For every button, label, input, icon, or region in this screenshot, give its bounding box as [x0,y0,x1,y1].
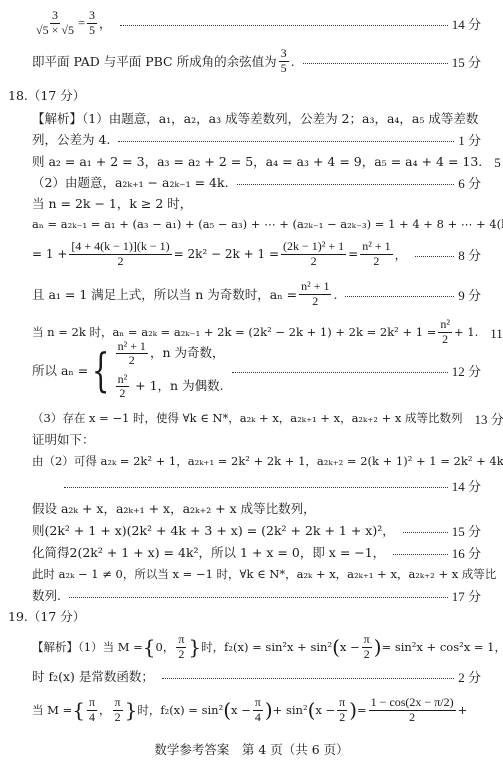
fraction: (2k − 1)² + 1 2 [281,240,346,267]
left-brace: { [92,347,110,393]
q18-p3-line7: 化简得2(2k² + 1 + x) = 4k²，所以 1 + x = 0，即 x… [32,541,481,563]
q18-p2-line1: （2）由题意，a₂ₖ₊₁ − a₂ₖ₋₁ = 4k. 6 分 [32,171,481,193]
case-even: n² 2 + 1，n 为偶数. [114,373,225,400]
score-label: 14 分 [452,476,481,495]
q18-p3-line9: 数列. 17 分 [32,584,481,606]
fraction: n² 2 [116,373,130,400]
fraction: π 2 [337,696,347,723]
q19-line2: 时 f₂(x) 是常数函数； 2 分 [32,665,481,687]
q18-p2-line7-piecewise: 所以 aₙ = { n² + 1 2 ，n 为奇数， n² 2 + 1，n 为偶… [32,336,481,404]
q18-header: 18.（17 分） [8,84,481,106]
q18-p3-line1: （3）存在 x = −1 时，使得 ∀k ∈ N*，a₂ₖ + x，a₂ₖ₊₁ … [32,407,481,429]
dot-leader [345,296,454,297]
fraction: 3 5 [87,9,97,36]
fraction: [4 + 4(k − 1)](k − 1) 2 [69,240,171,267]
dot-leader [232,372,447,373]
fraction: n² + 1 2 [360,240,392,267]
fraction: 1 − cos(2x − π/2) 2 [369,696,456,723]
dot-leader [237,184,455,185]
q18-p1-line2: 列，公差为 4. 1 分 [32,128,481,150]
q19-line3: 当 M = { π 4 ， π 2 } 时，f₂(x) = sin² ( x −… [32,690,481,730]
q17-line-14: 3 √5 × √5 = 3 5 ， 14 分 [32,6,481,40]
score-label: 2 分 [458,667,481,686]
q18-p3-line4: 14 分 [32,474,481,496]
score-label: 9 分 [458,285,481,304]
q19-line1: 【解析】（1）当 M = { 0， π 2 } 时，f₂(x) = sin²x … [32,630,481,664]
q17-line-15: 即平面 PAD 与平面 PBC 所成角的余弦值为 3 5 . 15 分 [32,46,481,76]
q18-p3-line2: 证明如下： [32,428,481,450]
score-label: 15 分 [452,52,481,71]
q18-p1-line3: 则 a₂ = a₁ + 2 = 3，a₃ = a₂ + 2 = 5，a₄ = a… [32,150,481,172]
q18-p3-line3: 由（2）可得 a₂ₖ = 2k² + 1，a₂ₖ₊₁ = 2k² + 2k + … [32,450,481,472]
score-label: 17 分 [452,586,481,605]
q19-header: 19.（17 分） [8,605,481,627]
fraction: π 2 [176,633,186,660]
q18-p2-line5: 且 a₁ = 1 满足上式，所以当 n 为奇数时，aₙ = n² + 1 2 .… [32,278,481,310]
piecewise-cases: n² + 1 2 ，n 为奇数， n² 2 + 1，n 为偶数. [114,340,225,401]
dot-leader [403,532,448,533]
dot-leader [393,554,448,555]
case-odd: n² + 1 2 ，n 为奇数， [114,340,225,367]
fraction: π 4 [87,696,97,723]
fraction: π 2 [362,633,372,660]
score-label: 14 分 [452,14,481,33]
score-label: 11 分 [490,323,503,342]
dot-leader [64,487,448,488]
score-label: 1 分 [458,130,481,149]
q18-p3-line6: 则(2k² + 1 + x)(2k² + 4k + 3 + x) = (2k² … [32,519,481,541]
score-label: 15 分 [452,521,481,540]
fraction: 3 5 [279,47,289,74]
q18-p2-line4: = 1 + [4 + 4(k − 1)](k − 1) 2 = 2k² − 2k… [32,237,481,271]
q18-p3-line5: 假设 a₂ₖ + x，a₂ₖ₊₁ + x，a₂ₖ₊₂ + x 成等比数列， [32,497,481,519]
q18-p2-line2: 当 n = 2k − 1，k ≥ 2 时， [32,192,481,214]
fraction: π 2 [113,696,123,723]
score-label: 8 分 [458,245,481,264]
fraction: π 4 [253,696,263,723]
dot-leader [162,678,454,679]
q18-p1-line1: 【解析】（1）由题意，a₁，a₂，a₃ 成等差数列，公差为 2；a₃，a₄，a₅… [32,107,481,129]
score-label: 5 分 [494,152,503,171]
q18-p2-line3: aₙ = a₂ₖ₋₁ = a₁ + (a₃ − a₁) + (a₅ − a₃) … [32,213,481,235]
dot-leader [415,256,455,257]
dot-leader [303,63,448,64]
score-label: 16 分 [452,543,481,562]
dot-leader [118,141,454,142]
dot-leader [69,597,448,598]
dot-leader [120,25,448,26]
fraction: 3 √5 × √5 [34,9,76,36]
page-footer: 数学参考答案 第 4 页（共 6 页） [0,740,503,758]
q18-p3-line8: 此时 a₂ₖ − 1 ≠ 0，所以当 x = −1 时，∀k ∈ N*，a₂ₖ … [32,563,481,585]
score-label: 12 分 [452,361,481,380]
fraction: n² + 1 2 [299,280,331,307]
score-label: 13 分 [475,409,503,428]
fraction: n² + 1 2 [116,340,148,367]
score-label: 6 分 [458,173,481,192]
